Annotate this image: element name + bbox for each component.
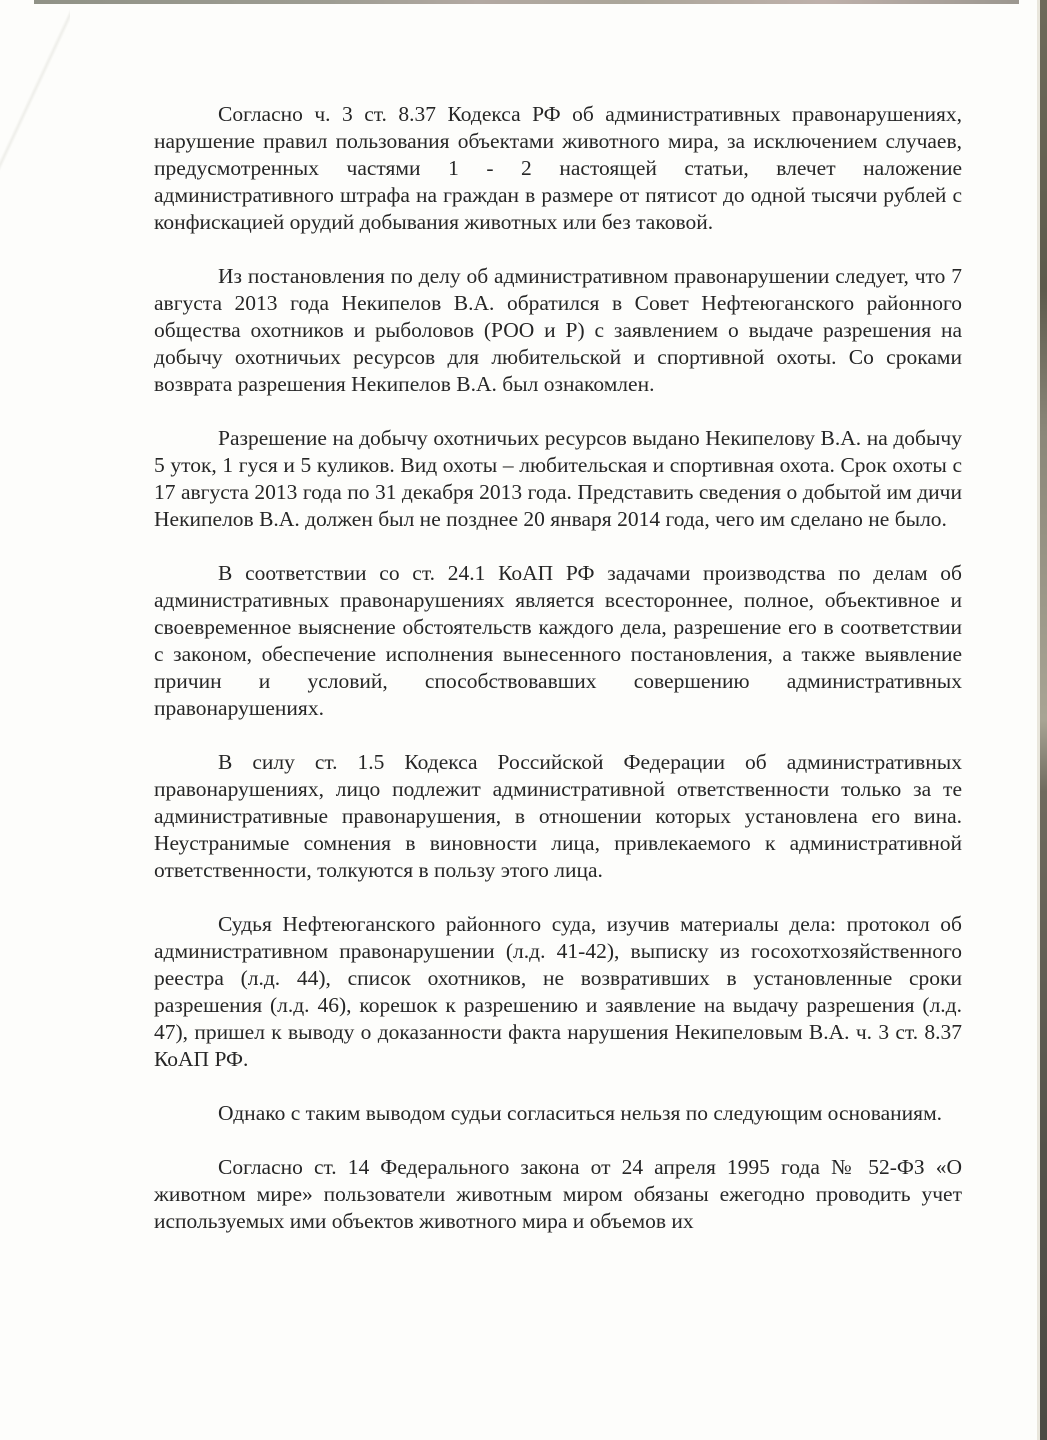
scan-top-edge: [34, 0, 1019, 4]
paragraph-article-24-1: В соответствии со ст. 24.1 КоАП РФ задач…: [154, 560, 962, 722]
paragraph-federal-law: Согласно ст. 14 Федерального закона от 2…: [154, 1154, 962, 1235]
scan-fold-mark: [0, 0, 70, 180]
paragraph-resolution-facts: Из постановления по делу об администрати…: [154, 263, 962, 398]
paragraph-article-8-37: Согласно ч. 3 ст. 8.37 Кодекса РФ об адм…: [154, 101, 962, 236]
paragraph-objection: Однако с таким выводом судьи согласиться…: [154, 1100, 962, 1127]
paragraph-article-1-5: В силу ст. 1.5 Кодекса Российской Федера…: [154, 749, 962, 884]
document-page: Согласно ч. 3 ст. 8.37 Кодекса РФ об адм…: [154, 101, 962, 1235]
scan-right-edge: [1040, 0, 1047, 1440]
paragraph-permit-details: Разрешение на добычу охотничьих ресурсов…: [154, 425, 962, 533]
paragraph-judge-findings: Судья Нефтеюганского районного суда, изу…: [154, 911, 962, 1073]
